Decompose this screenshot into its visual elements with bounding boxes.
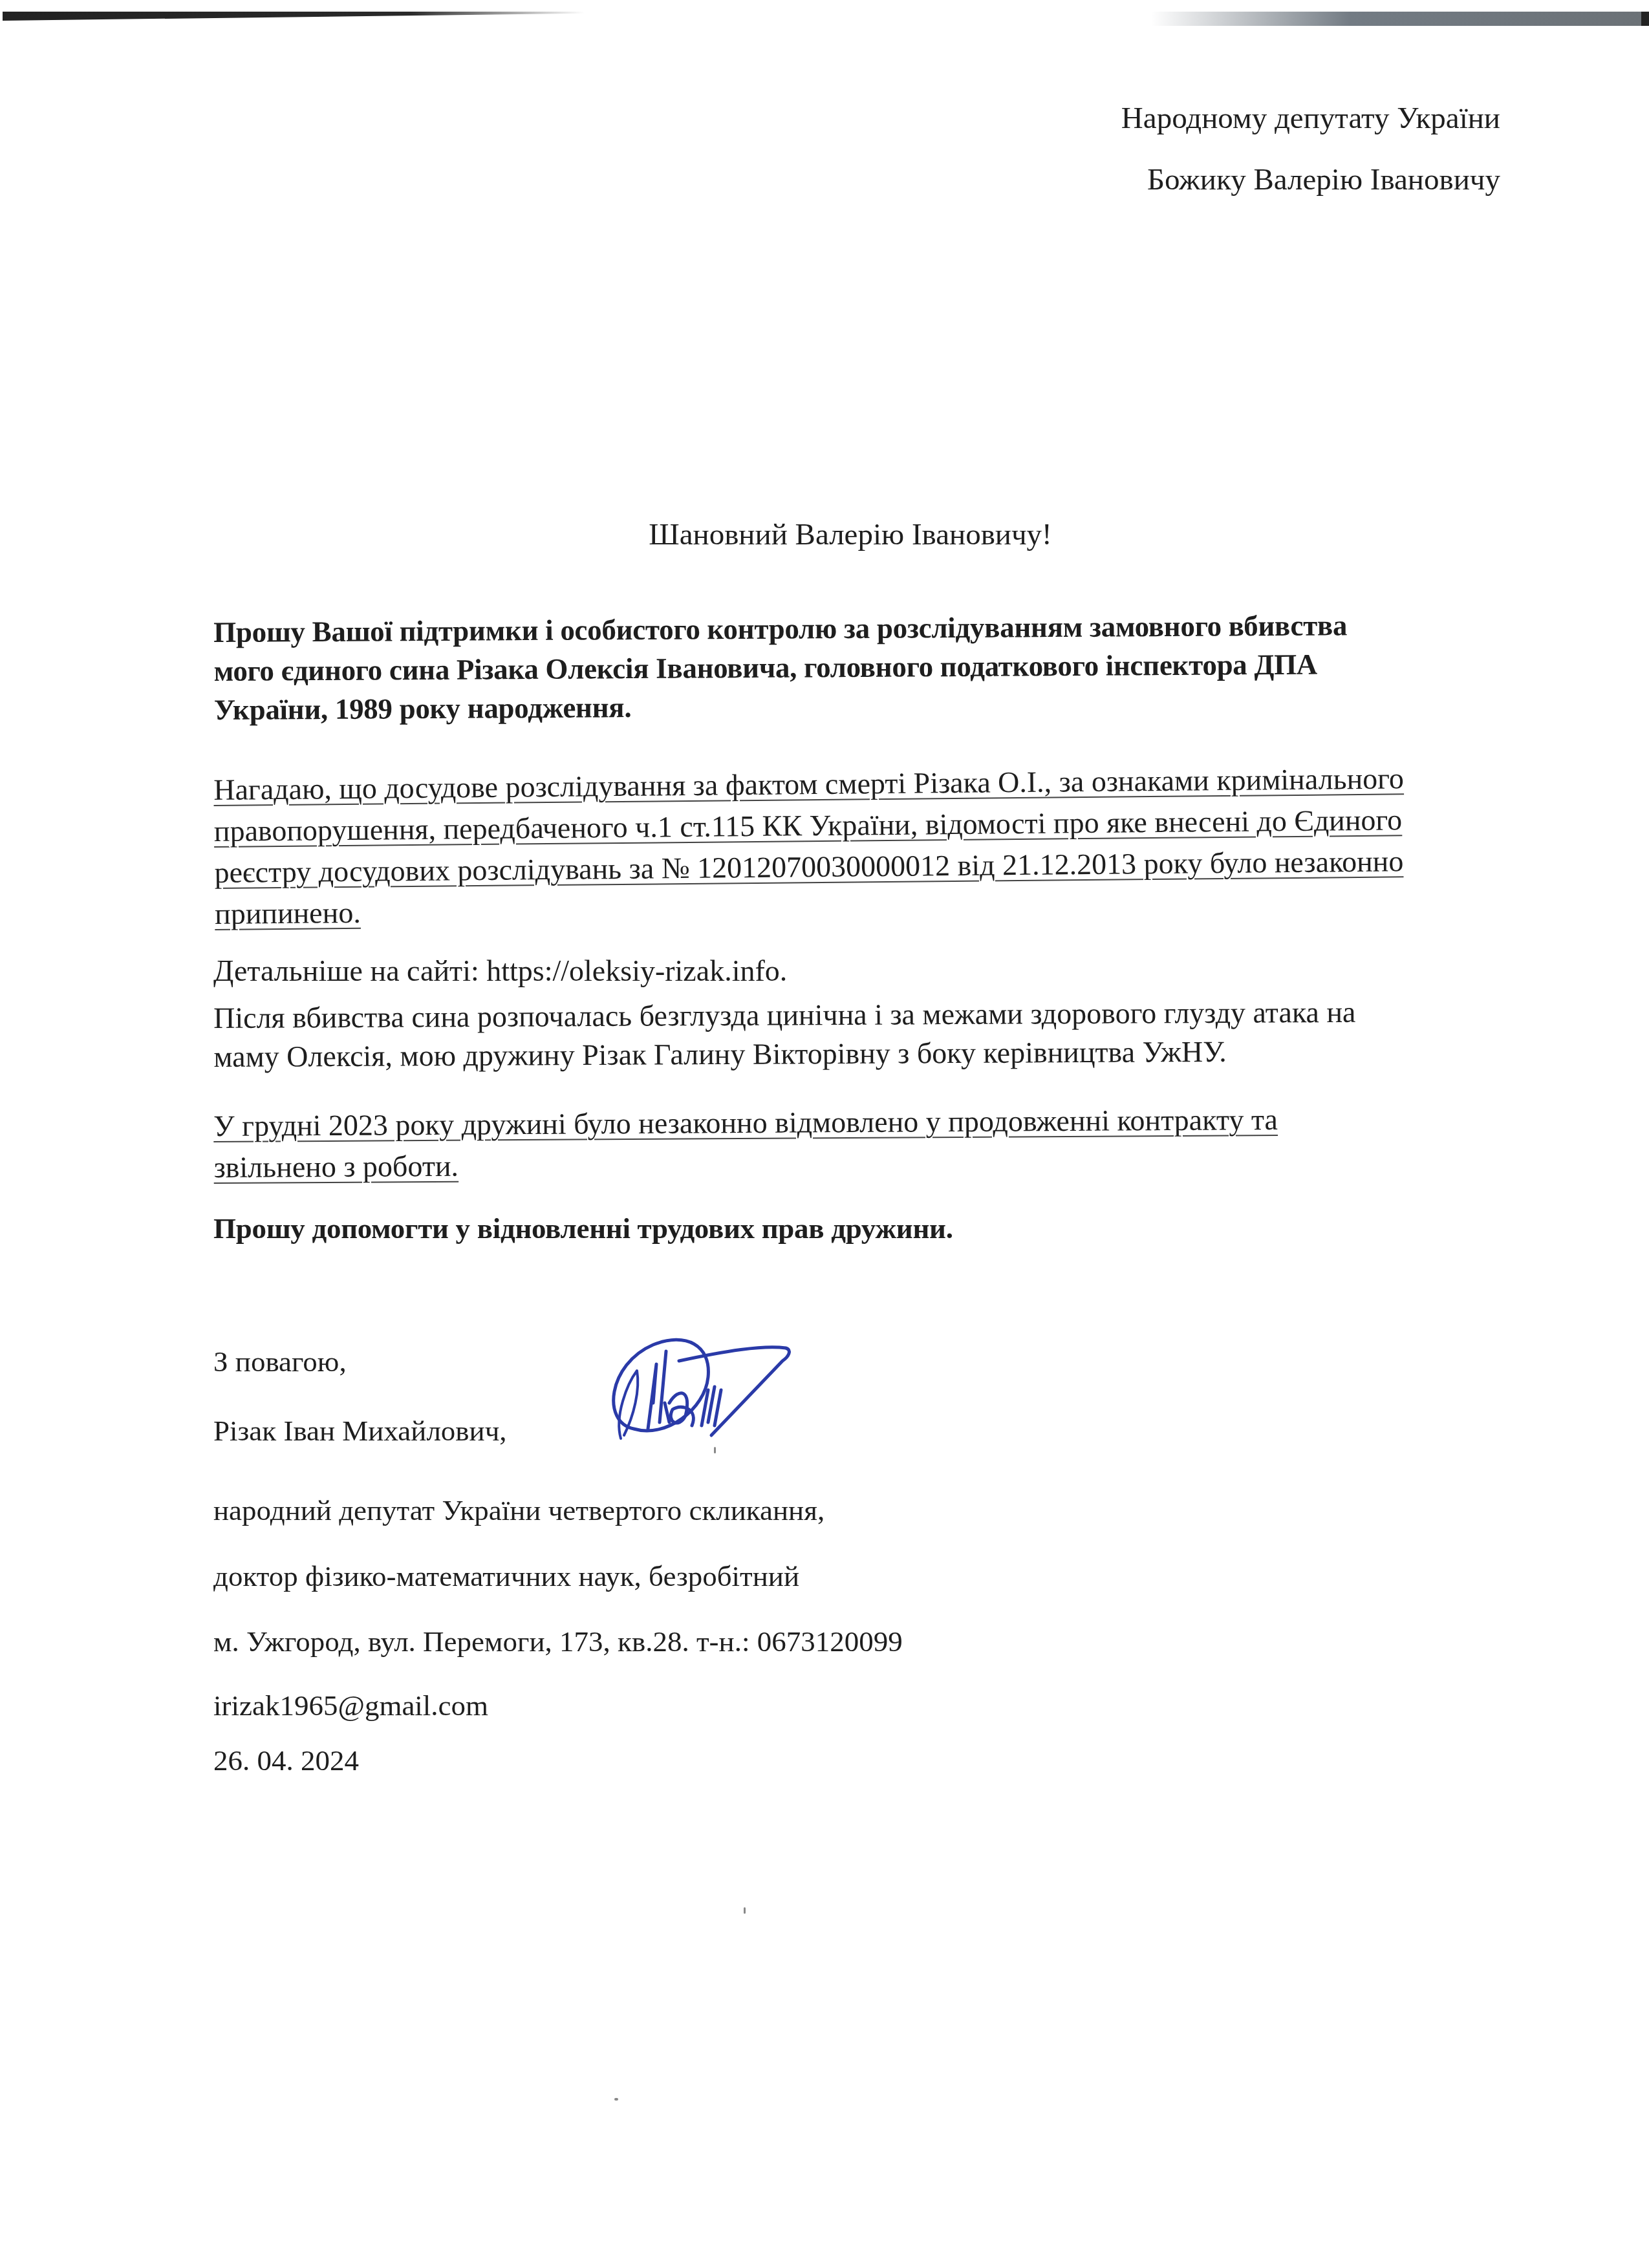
scan-edge-left [3,12,585,21]
paragraph-after: Після вбивства сина розпочалась безглузд… [213,992,1520,1076]
details-label: Детальніше на сайті: [213,954,486,987]
handwritten-signature [595,1325,867,1455]
text-line: Після вбивства сина розпочалась безглузд… [213,992,1520,1038]
signer-address: м. Ужгород, вул. Перемоги, 173, кв.28. т… [213,1625,903,1658]
signer-email[interactable]: irizak1965@gmail.com [213,1689,488,1722]
paragraph-request: Прошу Вашої підтримки і особистого контр… [213,605,1520,729]
salutation: Шановний Валерію Івановичу! [0,517,1649,552]
text-line: України, 1989 року народження. [214,683,1520,729]
letter-date: 26. 04. 2024 [213,1744,359,1777]
scan-speck [714,1447,716,1453]
website-link[interactable]: https://oleksiy-rizak.info [486,954,780,987]
text-line: маму Олексія, мою дружину Різак Галину В… [213,1031,1520,1076]
paragraph-december: У грудні 2023 року дружині було незаконн… [213,1098,1520,1188]
paragraph-remind: Нагадаю, що досудове розслідування за фа… [213,757,1521,935]
scan-speck [744,1907,746,1914]
text-line: звільнено з роботи. [213,1139,1520,1188]
details-suffix: . [780,954,788,987]
addressee-block: Народному депутату України Божику Валері… [1121,103,1500,195]
signer-degree: доктор фізико-математичних наук, безробі… [213,1559,799,1593]
signer-name: Різак Іван Михайлович, [213,1414,507,1448]
addressee-title: Народному депутату України [1121,103,1500,134]
scan-edge-corner [1641,12,1649,26]
paragraph-help: Прошу допомогти у відновленні трудових п… [213,1209,1520,1248]
scan-edge-shadow [0,12,1649,26]
closing: З повагою, [213,1345,347,1378]
addressee-name: Божику Валерію Івановичу [1121,165,1500,195]
paragraph-details: Детальніше на сайті: https://oleksiy-riz… [213,952,1520,990]
scan-speck [614,2098,618,2101]
scan-edge-right [1151,12,1649,26]
text-line: Прошу Вашої підтримки і особистого контр… [213,605,1520,652]
signer-title: народний депутат України четвертого скли… [213,1493,824,1527]
